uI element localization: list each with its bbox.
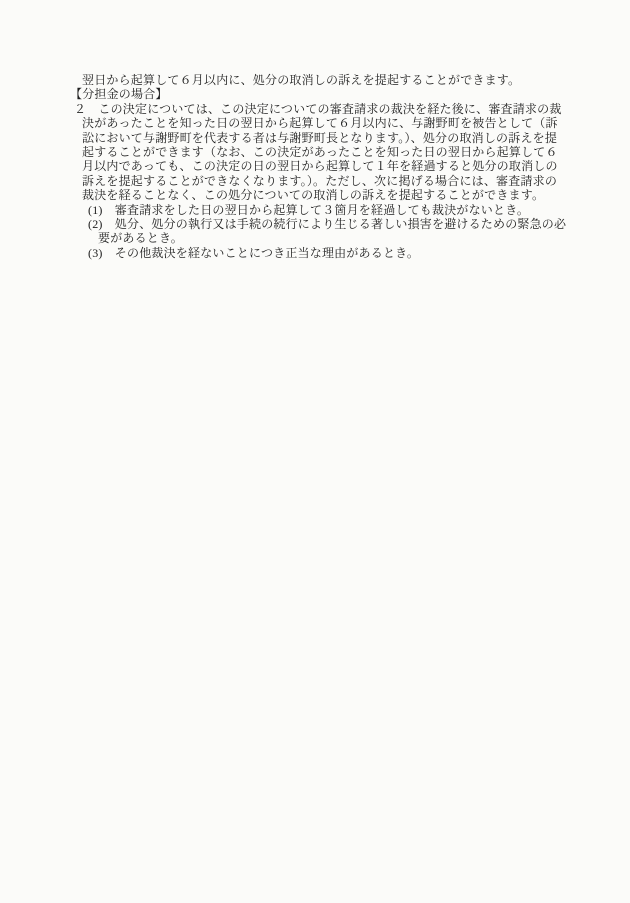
document-line: 翌日から起算して６月以内に、処分の取消しの訴えを提起することができます。 [70,73,562,87]
document-line: ２ この決定については、この決定についての審査請求の裁決を経た後に、審査請求の裁 [70,102,562,116]
document-line: (3) その他裁決を経ないことにつき正当な理由があるとき。 [70,246,562,260]
document-line: 起することができます（なお、この決定があったことを知った日の翌日から起算して６ [70,145,562,159]
document-line: 月以内であっても、この決定の日の翌日から起算して１年を経過すると処分の取消しの [70,159,562,173]
document-line: 訴えを提起することができなくなります。）。ただし、次に掲げる場合には、審査請求の [70,174,562,188]
document-line: 訟において与謝野町を代表する者は与謝野町長となります。）、処分の取消しの訴えを提 [70,131,562,145]
document-page: 翌日から起算して６月以内に、処分の取消しの訴えを提起することができます。【分担金… [0,0,630,903]
document-line: (1) 審査請求をした日の翌日から起算して３箇月を経過しても裁決がないとき。 [70,203,562,217]
document-line: 決があったことを知った日の翌日から起算して６月以内に、与謝野町を被告として（訴 [70,116,562,130]
document-text-block: 翌日から起算して６月以内に、処分の取消しの訴えを提起することができます。【分担金… [70,73,562,260]
document-line: (2) 処分、処分の執行又は手続の続行により生じる著しい損害を避けるための緊急の… [70,217,562,231]
document-line: 要があるとき。 [70,231,562,245]
document-line: 【分担金の場合】 [70,87,562,101]
document-line: 裁決を経ることなく、この処分についての取消しの訴えを提起することができます。 [70,188,562,202]
